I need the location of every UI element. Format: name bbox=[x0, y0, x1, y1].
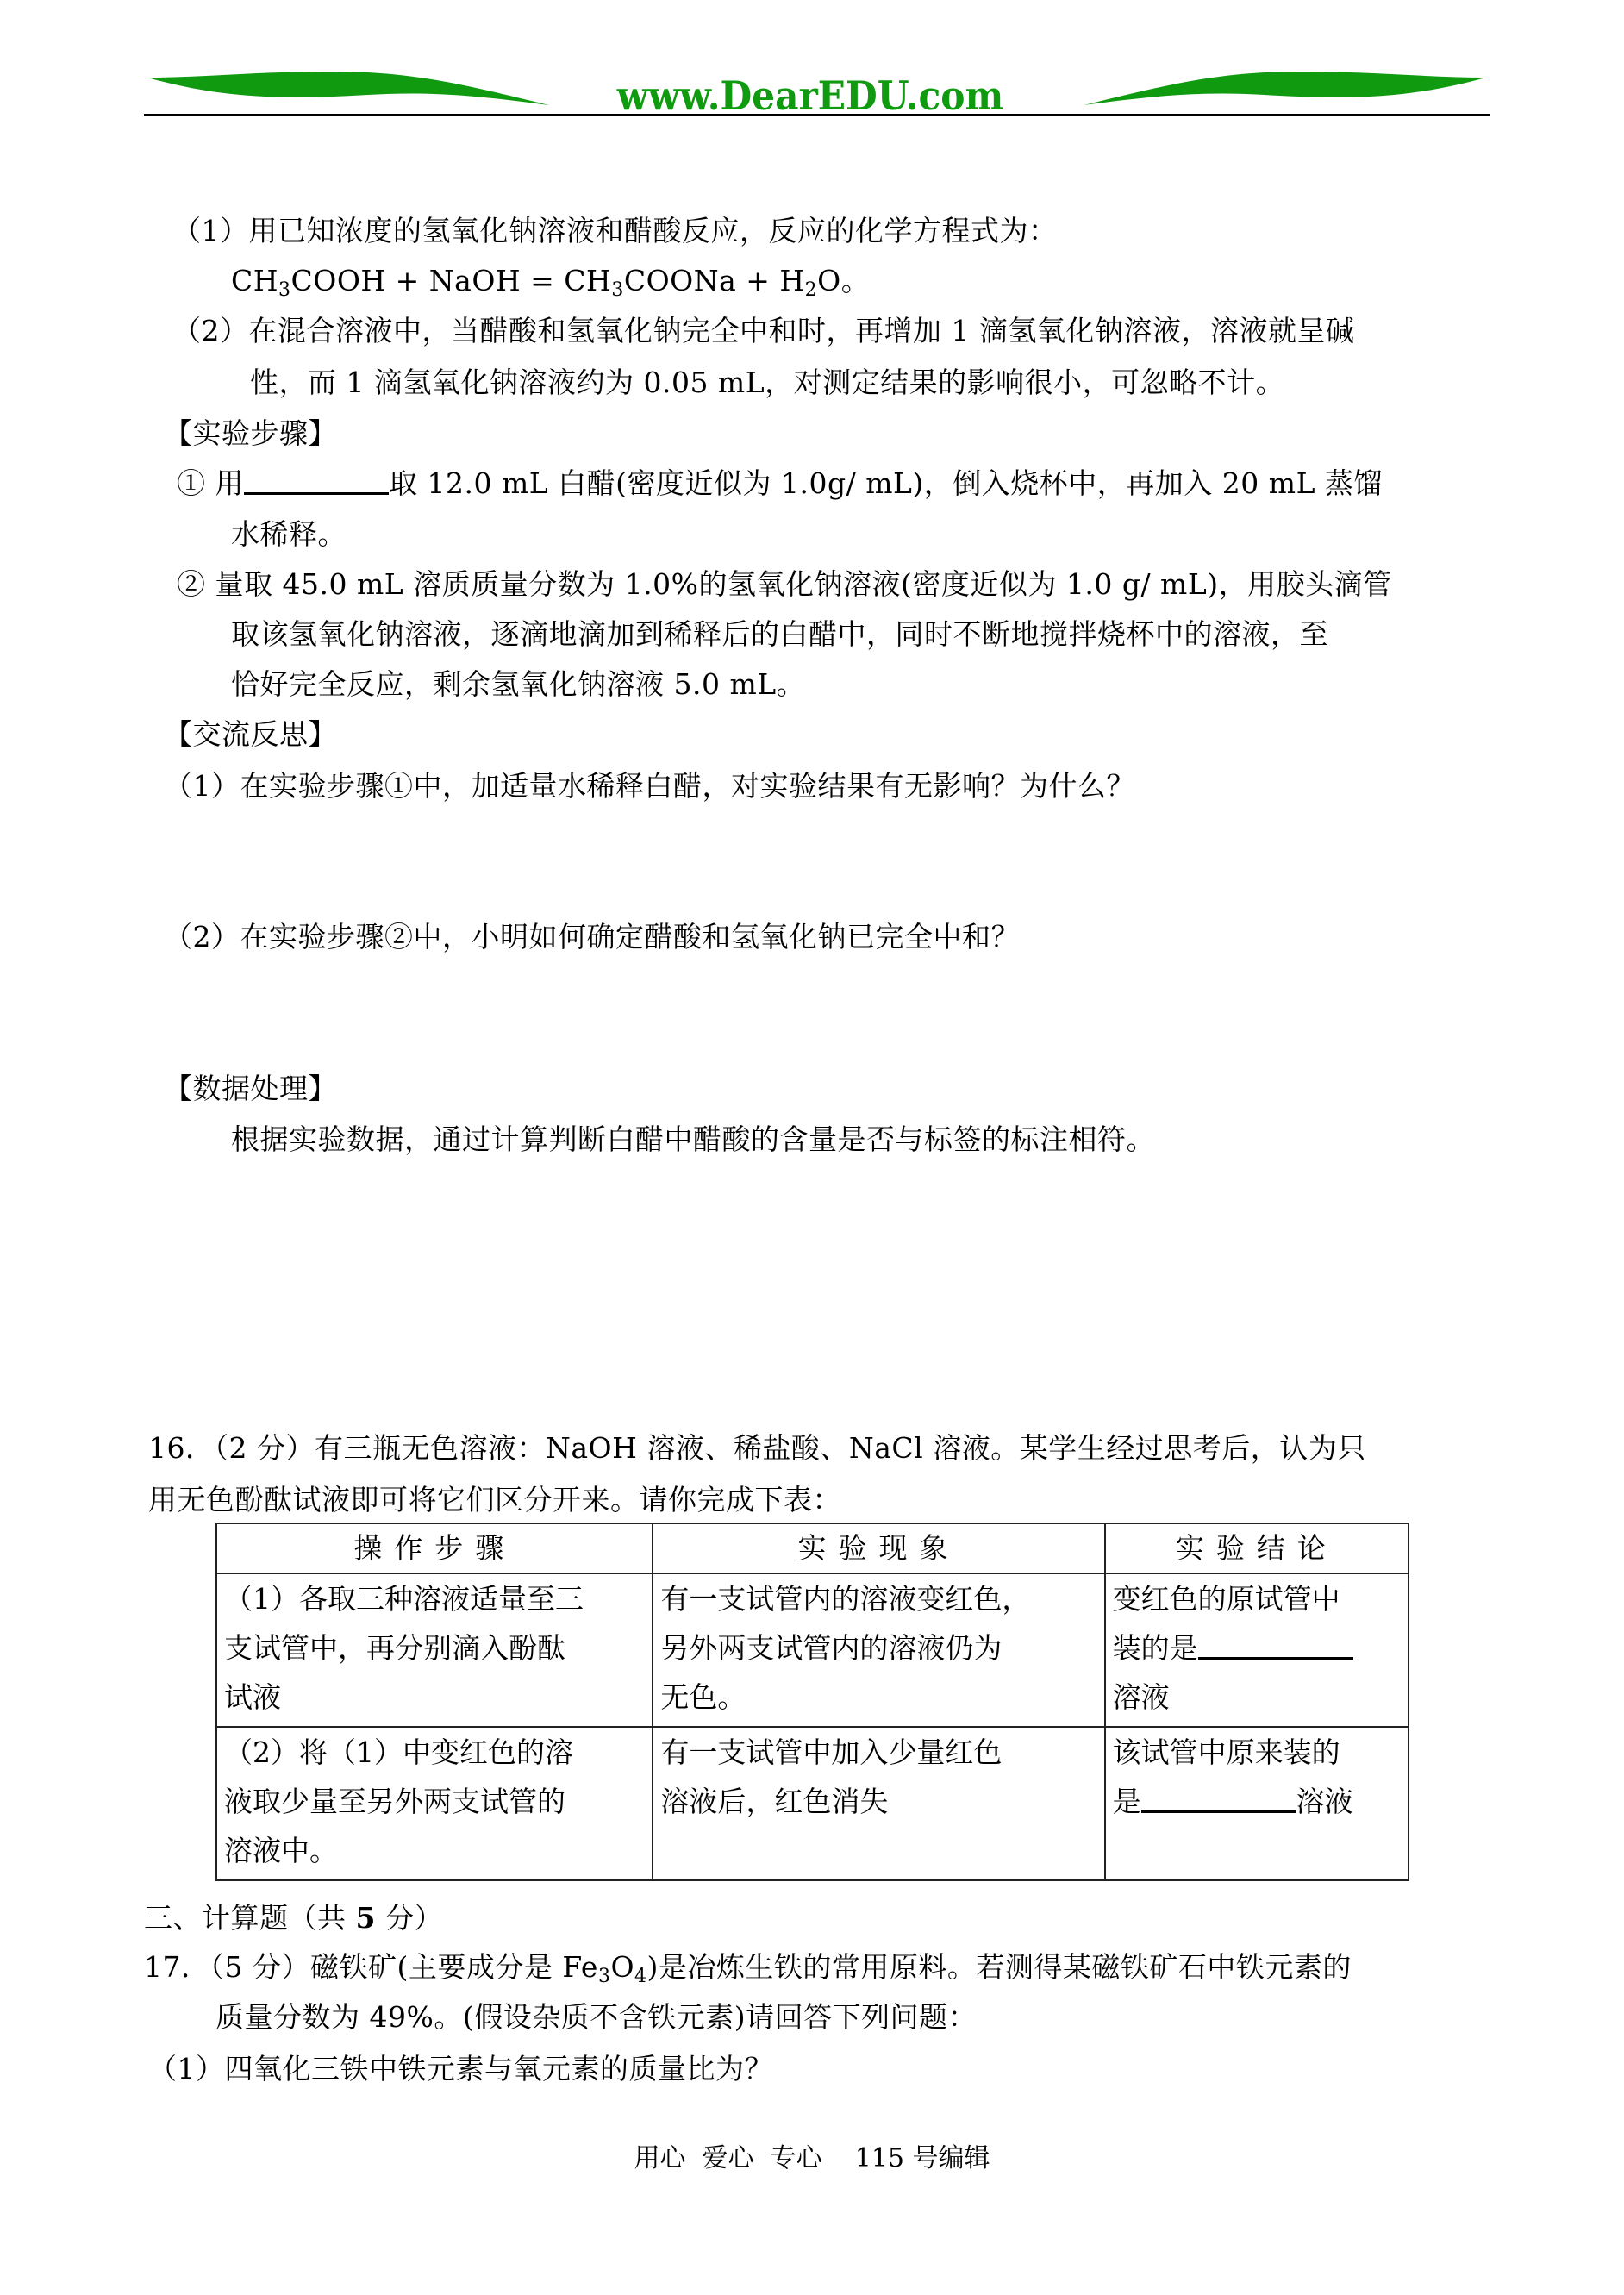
step-1-line-2: 水稀释。 bbox=[231, 517, 347, 552]
step-2-line-3: 恰好完全反应，剩余氢氧化钠溶液 5.0 mL。 bbox=[231, 667, 805, 702]
cell-phenomenon: 有一支试管内的溶液变红色， 另外两支试管内的溶液仍为 无色。 bbox=[653, 1573, 1104, 1727]
reflection-question-2: （2）在实验步骤②中，小明如何确定醋酸和氢氧化钠已完全中和？ bbox=[164, 920, 1020, 954]
experiment-table: 操作步骤 实验现象 实验结论 （1）各取三种溶液适量至三 支试管中，再分别滴入酚… bbox=[215, 1523, 1409, 1881]
q17-text: )是冶炼生铁的常用原料。若测得某磁铁矿石中铁元素的 bbox=[647, 1950, 1352, 1984]
data-processing-heading: 【数据处理】 bbox=[164, 1072, 337, 1106]
cell-line: 无色。 bbox=[660, 1673, 1096, 1722]
eq-subscript: 3 bbox=[611, 279, 624, 301]
cell-conclusion: 变红色的原试管中 装的是 溶液 bbox=[1105, 1573, 1409, 1727]
cell-conclusion: 该试管中原来装的 是溶液 bbox=[1105, 1727, 1409, 1880]
cell-line: 支试管中，再分别滴入酚酞 bbox=[224, 1623, 645, 1673]
chemical-equation: CH3COOH + NaOH = CH3COONa + H2O。 bbox=[231, 264, 870, 298]
cell-line: （2）将（1）中变红色的溶 bbox=[224, 1728, 645, 1777]
cell-line: 溶液中。 bbox=[224, 1826, 645, 1875]
eq-part: O。 bbox=[817, 264, 870, 297]
eq-subscript: 2 bbox=[805, 279, 818, 301]
heading-points: 5 bbox=[356, 1901, 376, 1935]
question-16-line-1: 16．（2 分）有三瓶无色溶液：NaOH 溶液、稀盐酸、NaCl 溶液。某学生经… bbox=[148, 1431, 1366, 1466]
section-3-heading: 三、计算题（共 5 分） bbox=[144, 1901, 443, 1935]
step-2-line-1: ② 量取 45.0 mL 溶质质量分数为 1.0%的氢氧化钠溶液(密度近似为 1… bbox=[177, 567, 1392, 602]
cell-line: 另外两支试管内的溶液仍为 bbox=[660, 1623, 1096, 1673]
step-1-line-1: ① 用取 12.0 mL 白醋(密度近似为 1.0g/ mL)，倒入烧杯中，再加… bbox=[177, 466, 1383, 501]
intro-paragraph-1: （1）用已知浓度的氢氧化钠溶液和醋酸反应，反应的化学方程式为： bbox=[172, 214, 1058, 248]
step-2-line-2: 取该氢氧化钠溶液，逐滴地滴加到稀释后的白醋中，同时不断地搅拌烧杯中的溶液，至 bbox=[231, 617, 1328, 652]
cell-line: 是溶液 bbox=[1113, 1777, 1401, 1826]
cell-line: 有一支试管中加入少量红色 bbox=[660, 1728, 1096, 1777]
column-header-phenomenon: 实验现象 bbox=[653, 1523, 1104, 1573]
header-divider bbox=[144, 114, 1490, 116]
cell-line: 试液 bbox=[224, 1673, 645, 1722]
column-header-steps: 操作步骤 bbox=[216, 1523, 653, 1573]
cell-line: 溶液后，红色消失 bbox=[660, 1777, 1096, 1826]
cell-line: 溶液 bbox=[1113, 1673, 1401, 1722]
cell-phenomenon: 有一支试管中加入少量红色 溶液后，红色消失 bbox=[653, 1727, 1104, 1880]
step-text: 量取 45.0 mL 溶质质量分数为 1.0%的氢氧化钠溶液(密度近似为 1.0… bbox=[215, 567, 1392, 601]
cell-line: 装的是 bbox=[1113, 1623, 1401, 1673]
cell-step: （1）各取三种溶液适量至三 支试管中，再分别滴入酚酞 试液 bbox=[216, 1573, 653, 1727]
answer-blank[interactable] bbox=[244, 466, 389, 495]
table-row: （1）各取三种溶液适量至三 支试管中，再分别滴入酚酞 试液 有一支试管内的溶液变… bbox=[216, 1573, 1409, 1727]
q17-text: O bbox=[610, 1950, 634, 1984]
step-number: ① bbox=[177, 466, 206, 500]
formula-subscript: 4 bbox=[634, 1966, 647, 1987]
answer-blank[interactable] bbox=[1198, 1631, 1353, 1660]
eq-part: COONa + H bbox=[624, 264, 805, 297]
intro-paragraph-2-line-1: （2）在混合溶液中，当醋酸和氢氧化钠完全中和时，再增加 1 滴氢氧化钠溶液，溶液… bbox=[172, 314, 1354, 348]
question-17-line-1: 17．（5 分）磁铁矿(主要成分是 Fe3O4)是冶炼生铁的常用原料。若测得某磁… bbox=[144, 1950, 1352, 1985]
cell-line: 变红色的原试管中 bbox=[1113, 1574, 1401, 1623]
item-label: （1） bbox=[172, 214, 249, 247]
eq-part: CH bbox=[231, 264, 278, 297]
heading-text: 分） bbox=[376, 1901, 443, 1935]
question-17-sub-1: （1）四氧化三铁中铁元素与氧元素的质量比为？ bbox=[148, 2052, 773, 2086]
intro-text-2a: 在混合溶液中，当醋酸和氢氧化钠完全中和时，再增加 1 滴氢氧化钠溶液，溶液就呈碱 bbox=[249, 314, 1355, 347]
question-16-line-2: 用无色酚酞试液即可将它们区分开来。请你完成下表： bbox=[148, 1483, 841, 1517]
item-label: （2） bbox=[172, 314, 249, 347]
question-17-line-2: 质量分数为 49%。(假设杂质不含铁元素)请回答下列问题： bbox=[215, 2000, 977, 2035]
cell-line: 液取少量至另外两支试管的 bbox=[224, 1777, 645, 1826]
intro-paragraph-2-line-2: 性，而 1 滴氢氧化钠溶液约为 0.05 mL，对测定结果的影响很小，可忽略不计… bbox=[250, 366, 1284, 400]
q17-text: 17．（5 分）磁铁矿(主要成分是 Fe bbox=[144, 1950, 598, 1984]
table-header-row: 操作步骤 实验现象 实验结论 bbox=[216, 1523, 1409, 1573]
reflection-question-1: （1）在实验步骤①中，加适量水稀释白醋，对实验结果有无影响？为什么？ bbox=[164, 769, 1135, 804]
eq-subscript: 3 bbox=[278, 279, 291, 301]
step-number: ② bbox=[177, 567, 206, 601]
cell-text: 装的是 bbox=[1113, 1631, 1198, 1665]
cell-text: 溶液 bbox=[1296, 1785, 1353, 1818]
cell-text: 是 bbox=[1113, 1785, 1141, 1818]
table-row: （2）将（1）中变红色的溶 液取少量至另外两支试管的 溶液中。 有一支试管中加入… bbox=[216, 1727, 1409, 1880]
answer-blank[interactable] bbox=[1141, 1785, 1296, 1813]
step-text: 用 bbox=[215, 466, 245, 500]
steps-heading: 【实验步骤】 bbox=[164, 416, 337, 451]
cell-line: （1）各取三种溶液适量至三 bbox=[224, 1574, 645, 1623]
data-processing-text: 根据实验数据，通过计算判断白醋中醋酸的含量是否与标签的标注相符。 bbox=[231, 1122, 1155, 1157]
formula-subscript: 3 bbox=[598, 1966, 611, 1987]
cell-step: （2）将（1）中变红色的溶 液取少量至另外两支试管的 溶液中。 bbox=[216, 1727, 653, 1880]
page-footer: 用心 爱心 专心 115 号编辑 bbox=[0, 2136, 1624, 2174]
intro-text-1: 用已知浓度的氢氧化钠溶液和醋酸反应，反应的化学方程式为： bbox=[249, 214, 1058, 247]
cell-line: 该试管中原来装的 bbox=[1113, 1728, 1401, 1777]
reflection-heading: 【交流反思】 bbox=[164, 717, 337, 752]
step-text: 取 12.0 mL 白醋(密度近似为 1.0g/ mL)，倒入烧杯中，再加入 2… bbox=[389, 466, 1383, 500]
cell-line: 有一支试管内的溶液变红色， bbox=[660, 1574, 1096, 1623]
column-header-conclusion: 实验结论 bbox=[1105, 1523, 1409, 1573]
eq-part: COOH + NaOH = CH bbox=[291, 264, 612, 297]
heading-text: 三、计算题（共 bbox=[144, 1901, 356, 1935]
site-logo-text: www.DearEDU.com bbox=[572, 72, 1048, 119]
